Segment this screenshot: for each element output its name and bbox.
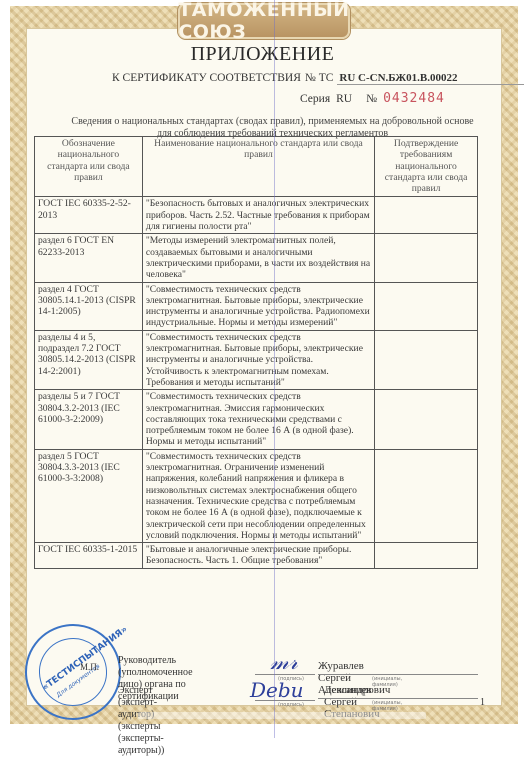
- table-row: раздел 6 ГОСТ EN 62233-2013"Методы измер…: [35, 234, 478, 282]
- document-title: ПРИЛОЖЕНИЕ: [0, 43, 525, 66]
- table-row: ГОСТ IEC 60335-2-52-2013"Безопасность бы…: [35, 197, 478, 234]
- cell-name: "Совместимость технических средств элект…: [142, 282, 374, 330]
- cell-confirmation: [375, 197, 478, 234]
- cell-name: "Методы измерений электромагнитных полей…: [142, 234, 374, 282]
- mp-label: М.П.: [80, 661, 99, 673]
- expert-signature-hint: (подпись): [278, 702, 304, 708]
- cell-confirmation: [375, 390, 478, 449]
- cell-designation: ГОСТ IEC 60335-1-2015: [35, 543, 143, 569]
- series-value: RU: [336, 93, 352, 105]
- cell-name: "Бытовые и аналогичные электрические при…: [142, 543, 374, 569]
- cell-designation: раздел 4 ГОСТ 30805.14.1-2013 (CISPR 14-…: [35, 282, 143, 330]
- intro-line-1: Сведения о национальных стандартах (свод…: [40, 116, 505, 128]
- series-label: Серия: [300, 93, 330, 105]
- form-number: 0432484: [383, 91, 445, 106]
- number-sign: №: [366, 93, 377, 105]
- cell-confirmation: [375, 543, 478, 569]
- table-row: ГОСТ IEC 60335-1-2015"Бытовые и аналогич…: [35, 543, 478, 569]
- table-header-row: Обозначение национального стандарта или …: [35, 137, 478, 197]
- form-series: Серия RU № 0432484: [300, 91, 445, 106]
- certificate-number: RU C-CN.БЖ01.B.00022: [337, 72, 524, 85]
- expert-signature-line: [255, 700, 315, 701]
- table-row: разделы 4 и 5, подраздел 7.2 ГОСТ 30805.…: [35, 330, 478, 389]
- cell-confirmation: [375, 449, 478, 542]
- cell-name: "Безопасность бытовых и аналогичных элек…: [142, 197, 374, 234]
- cell-confirmation: [375, 282, 478, 330]
- cell-designation: ГОСТ IEC 60335-2-52-2013: [35, 197, 143, 234]
- table-row: разделы 5 и 7 ГОСТ 30804.3.2-2013 (IEC 6…: [35, 390, 478, 449]
- standards-table: Обозначение национального стандарта или …: [34, 136, 478, 569]
- cell-designation: разделы 5 и 7 ГОСТ 30804.3.2-2013 (IEC 6…: [35, 390, 143, 449]
- page-number: 1: [480, 697, 485, 708]
- table-row: раздел 5 ГОСТ 30804.3.3-2013 (IEC 61000-…: [35, 449, 478, 542]
- expert-signature: Debu: [250, 678, 304, 702]
- printer-imprint-band: [138, 712, 426, 719]
- expert-name-line: [318, 698, 478, 699]
- header-name: Наименование национального стандарта или…: [142, 137, 374, 197]
- head-name-line: [318, 674, 478, 675]
- scan-fold-line: [274, 0, 275, 738]
- certificate-reference: К СЕРТИФИКАТУ СООТВЕТСТВИЯ № ТС RU C-CN.…: [112, 72, 524, 85]
- cell-designation: раздел 5 ГОСТ 30804.3.3-2013 (IEC 61000-…: [35, 449, 143, 542]
- cell-designation: раздел 6 ГОСТ EN 62233-2013: [35, 234, 143, 282]
- cell-name: "Совместимость технических средств элект…: [142, 330, 374, 389]
- certificate-label: К СЕРТИФИКАТУ СООТВЕТСТВИЯ: [112, 72, 301, 84]
- header-designation: Обозначение национального стандарта или …: [35, 137, 143, 197]
- certificate-prefix: № ТС: [305, 72, 334, 84]
- customs-union-emblem: ТАМОЖЕННЫЙ СОЮЗ: [178, 3, 350, 39]
- cell-confirmation: [375, 234, 478, 282]
- cell-name: "Совместимость технических средств элект…: [142, 390, 374, 449]
- table-row: раздел 4 ГОСТ 30805.14.1-2013 (CISPR 14-…: [35, 282, 478, 330]
- cell-confirmation: [375, 330, 478, 389]
- expert-name-hint: (инициалы, фамилия): [372, 700, 402, 712]
- cell-name: "Совместимость технических средств элект…: [142, 449, 374, 542]
- cell-designation: разделы 4 и 5, подраздел 7.2 ГОСТ 30805.…: [35, 330, 143, 389]
- header-confirmation: Подтверждение требованиям национального …: [375, 137, 478, 197]
- head-signature-line: [255, 674, 315, 675]
